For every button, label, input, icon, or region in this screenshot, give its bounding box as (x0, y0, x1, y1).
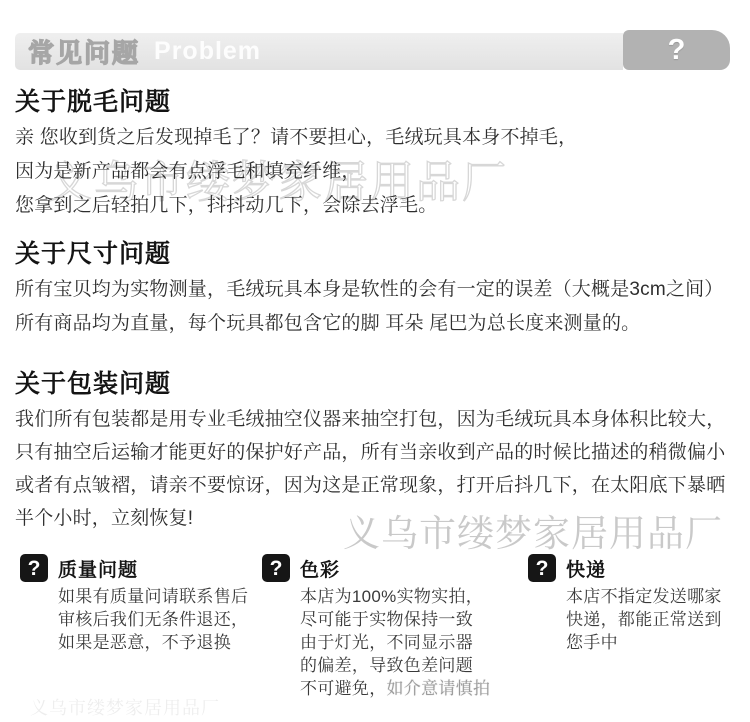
footer-line: 由于灯光，不同显示器 (300, 631, 490, 654)
body-line: 所有宝贝均为实物测量，毛绒玩具本身是软性的会有一定的误差（大概是3cm之间） (15, 273, 724, 307)
body-line: 我们所有包装都是用专业毛绒抽空仪器来抽空打包，因为毛绒玩具本身体积比较大， (15, 403, 725, 436)
footer-column-title: 质量问题 (58, 555, 138, 582)
footer-column-title: 色彩 (300, 555, 340, 582)
question-mark-glyph: ? (28, 558, 41, 579)
faq-header-title-en: Problem (154, 37, 261, 66)
footer-column-head: ? 质量问题 (20, 554, 248, 582)
question-icon: ? (262, 554, 290, 582)
body-line: 或者有点皱褶，请亲不要惊讶，因为这是正常现象，打开后抖几下，在太阳底下暴晒 (15, 469, 725, 502)
section-shedding: 关于脱毛问题 亲 您收到货之后发现掉毛了？请不要担心，毛绒玩具本身不掉毛， 因为… (15, 82, 577, 223)
body-line: 所有商品均为直量，每个玩具都包含它的脚 耳朵 尾巴为总长度来测量的。 (15, 307, 724, 341)
footer-column-shipping: ? 快递 本店不指定发送哪家 快递，都能正常送到 您手中 (528, 554, 722, 654)
faq-header-bar: 常见问题 Problem (15, 33, 623, 70)
footer-line-faded: 不可避免，如介意请慎拍 (300, 677, 490, 700)
footer-line: 如果是恶意，不予退换 (58, 631, 248, 654)
body-line: 只有抽空后运输才能更好的保护好产品，所有当亲收到产品的时候比描述的稍微偏小 (15, 436, 725, 469)
body-line: 亲 您收到货之后发现掉毛了？请不要担心，毛绒玩具本身不掉毛， (15, 121, 577, 155)
question-mark-glyph: ? (536, 558, 549, 579)
section-packaging-title: 关于包装问题 (15, 364, 725, 400)
footer-column-head: ? 快递 (528, 554, 722, 582)
footer-column-title: 快递 (566, 555, 606, 582)
section-size: 关于尺寸问题 所有宝贝均为实物测量，毛绒玩具本身是软性的会有一定的误差（大概是3… (15, 234, 724, 341)
question-mark-icon: ? (668, 36, 686, 65)
footer-column-body: 本店不指定发送哪家 快递，都能正常送到 您手中 (566, 585, 722, 654)
section-shedding-title: 关于脱毛问题 (15, 82, 577, 118)
faq-header-title-cn: 常见问题 (28, 33, 140, 70)
footer-line: 您手中 (566, 631, 722, 654)
section-shedding-body: 亲 您收到货之后发现掉毛了？请不要担心，毛绒玩具本身不掉毛， 因为是新产品都会有… (15, 121, 577, 223)
footer-line: 的偏差，导致色差问题 (300, 654, 490, 677)
footer-column-body: 如果有质量问请联系售后 审核后我们无条件退还， 如果是恶意，不予退换 (58, 585, 248, 654)
faq-page: 常见问题 Problem ? 义乌市缕梦家居用品厂 关于脱毛问题 亲 您收到货之… (0, 0, 750, 722)
section-size-body: 所有宝贝均为实物测量，毛绒玩具本身是软性的会有一定的误差（大概是3cm之间） 所… (15, 273, 724, 341)
body-line: 半个小时，立刻恢复! (15, 502, 725, 535)
watermark-bottom: 义乌市缕梦家居用品厂 (30, 694, 220, 720)
section-packaging: 关于包装问题 我们所有包装都是用专业毛绒抽空仪器来抽空打包，因为毛绒玩具本身体积… (15, 364, 725, 535)
footer-column-color: ? 色彩 本店为100%实物实拍， 尽可能于实物保持一致 由于灯光，不同显示器 … (262, 554, 490, 700)
question-badge: ? (623, 30, 730, 70)
footer-line: 本店不指定发送哪家 (566, 585, 722, 608)
footer-line: 审核后我们无条件退还， (58, 608, 248, 631)
section-size-title: 关于尺寸问题 (15, 234, 724, 270)
question-icon: ? (528, 554, 556, 582)
footer-line: 本店为100%实物实拍， (300, 585, 490, 608)
question-icon: ? (20, 554, 48, 582)
question-mark-glyph: ? (270, 558, 283, 579)
footer-line: 如果有质量问请联系售后 (58, 585, 248, 608)
body-line: 您拿到之后轻拍几下，抖抖动几下，会除去浮毛。 (15, 189, 577, 223)
footer-column-quality: ? 质量问题 如果有质量问请联系售后 审核后我们无条件退还， 如果是恶意，不予退… (20, 554, 248, 654)
section-packaging-body: 我们所有包装都是用专业毛绒抽空仪器来抽空打包，因为毛绒玩具本身体积比较大， 只有… (15, 403, 725, 535)
footer-line-faded-part: 如介意请慎拍 (387, 679, 491, 698)
footer-line-dark-part: 不可避免， (300, 679, 387, 698)
footer-column-body: 本店为100%实物实拍， 尽可能于实物保持一致 由于灯光，不同显示器 的偏差，导… (300, 585, 490, 700)
body-line: 因为是新产品都会有点浮毛和填充纤维， (15, 155, 577, 189)
footer-column-head: ? 色彩 (262, 554, 490, 582)
footer-line: 尽可能于实物保持一致 (300, 608, 490, 631)
footer-line: 快递，都能正常送到 (566, 608, 722, 631)
